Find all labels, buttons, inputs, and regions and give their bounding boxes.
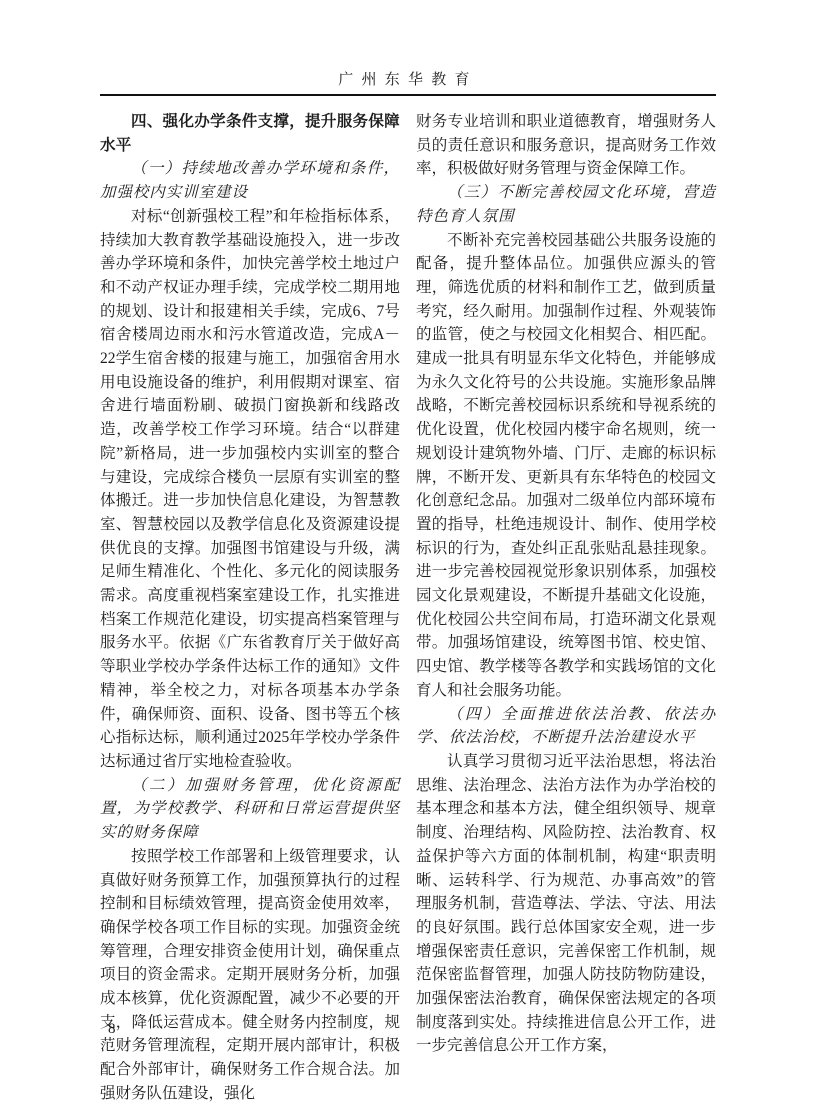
header-rule	[100, 94, 716, 96]
left-column: 四、强化办学条件支撑，提升服务保障水平 （一）持续地改善办学环境和条件，加强校内…	[100, 110, 400, 1106]
subsection-heading-1: （一）持续地改善办学环境和条件，加强校内实训室建设	[100, 157, 400, 204]
subsection-heading-3: （三）不断完善校园文化环境，营造特色育人氛围	[416, 181, 716, 228]
document-page: 广州东华教育 四、强化办学条件支撑，提升服务保障水平 （一）持续地改善办学环境和…	[0, 0, 816, 1119]
section-heading: 四、强化办学条件支撑，提升服务保障水平	[100, 110, 400, 157]
subsection-heading-4: （四）全面推进依法治教、依法办学、依法治校，不断提升法治建设水平	[416, 703, 716, 750]
paragraph-2-continuation: 财务专业培训和职业道德教育，增强财务人员的责任意识和服务意识，提高财务工作效率，…	[416, 110, 716, 181]
paragraph-2: 按照学校工作部署和上级管理要求，认真做好财务预算工作，加强预算执行的过程控制和目…	[100, 845, 400, 1106]
paragraph-1: 对标“创新强校工程”和年检指标体系，持续加大教育教学基础设施投入，进一步改善办学…	[100, 205, 400, 774]
paragraph-3: 不断补充完善校园基础公共服务设施的配备，提升整体品位。加强供应源头的管理，筛选优…	[416, 229, 716, 703]
header-title: 广州东华教育	[100, 68, 716, 89]
content-columns: 四、强化办学条件支撑，提升服务保障水平 （一）持续地改善办学环境和条件，加强校内…	[100, 110, 716, 1106]
page-number: 8	[108, 1021, 116, 1038]
right-column: 财务专业培训和职业道德教育，增强财务人员的责任意识和服务意识，提高财务工作效率，…	[416, 110, 716, 1106]
paragraph-4: 认真学习贯彻习近平法治思想，将法治思维、法治理念、法治方法作为办学治校的基本理念…	[416, 750, 716, 1058]
subsection-heading-2: （二）加强财务管理，优化资源配置，为学校教学、科研和日常运营提供坚实的财务保障	[100, 774, 400, 845]
